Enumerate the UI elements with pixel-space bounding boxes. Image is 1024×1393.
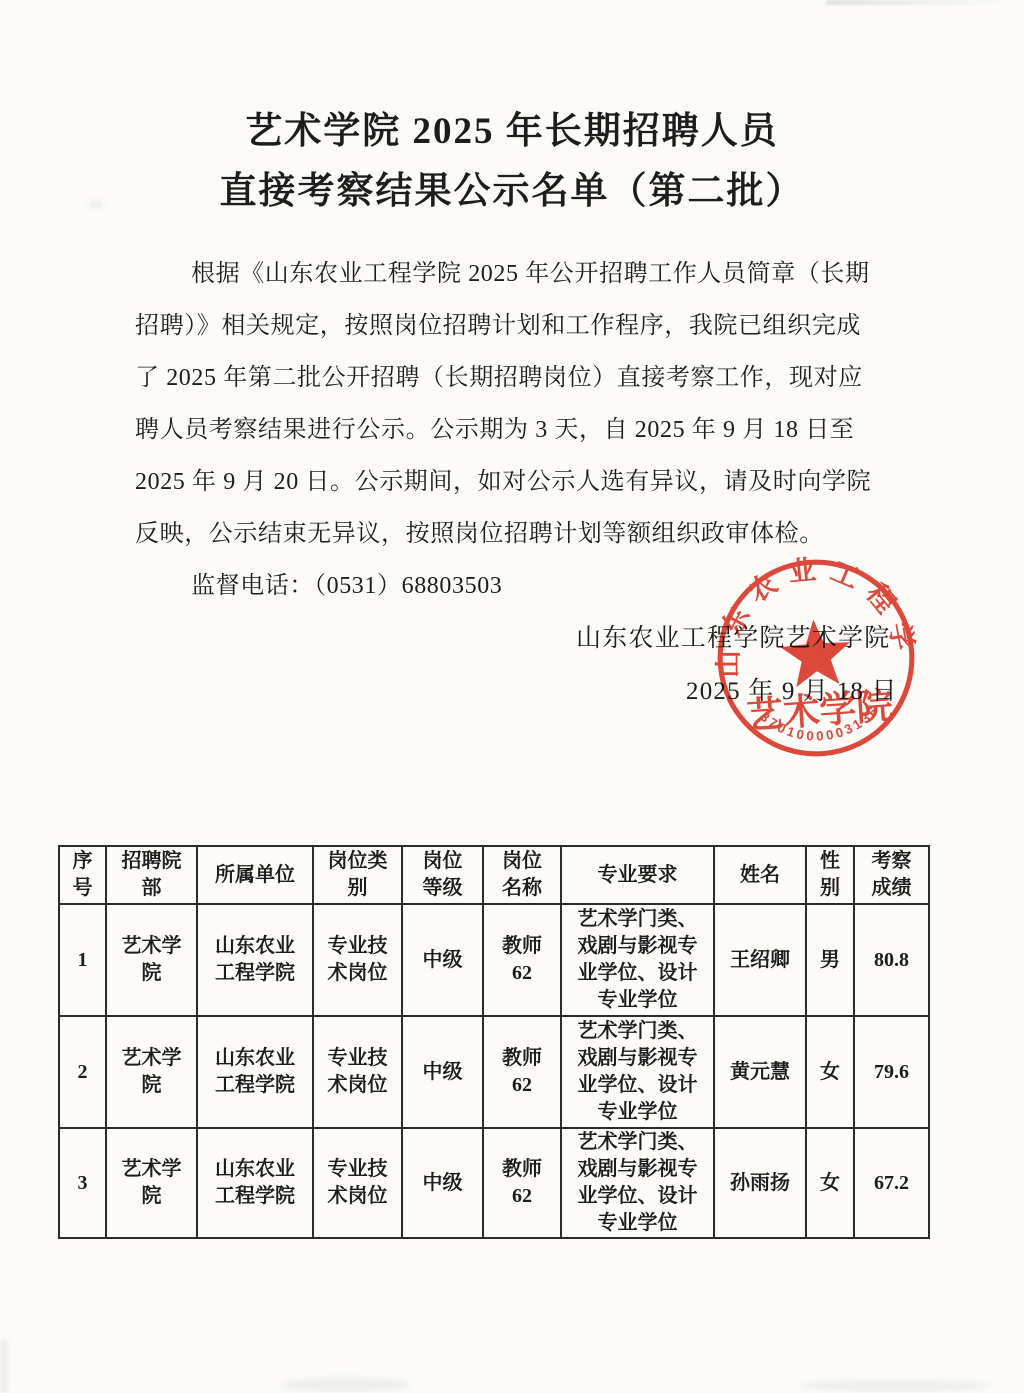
body-line: 2025 年 9 月 20 日。公示期间，如对公示人选有异议，请及时向学院 [135,456,883,508]
body-line: 反映，公示结束无异议，按照岗位招聘计划等额组织政审体检。 [135,508,883,560]
cell-score: 80.8 [854,904,929,1016]
cell-gender: 女 [806,1128,854,1238]
seal-star-icon [779,617,853,688]
col-header-seq: 序号 [59,846,106,904]
cell-dept: 艺术学院 [106,904,197,1016]
cell-post: 教师62 [483,1128,561,1238]
cell-post: 教师62 [483,1016,561,1128]
cell-requirement: 艺术学门类、戏剧与影视专业学位、设计专业学位 [561,1016,714,1128]
table-row: 2 艺术学院 山东农业工程学院 专业技术岗位 中级 教师62 艺术学门类、戏剧与… [59,1016,929,1128]
body-line: 聘人员考察结果进行公示。公示期为 3 天，自 2025 年 9 月 18 日至 [135,404,883,456]
body-line: 根据《山东农业工程学院 2025 年公开招聘工作人员简章（长期 [135,248,883,300]
cell-unit: 山东农业工程学院 [197,904,313,1016]
cell-score: 79.6 [854,1016,929,1128]
cell-dept: 艺术学院 [106,1016,197,1128]
cell-category: 专业技术岗位 [313,1016,402,1128]
title-line-1: 艺术学院 2025 年长期招聘人员 [0,102,1024,162]
document-page: 艺术学院 2025 年长期招聘人员 直接考察结果公示名单（第二批） 根据《山东农… [0,0,1024,1393]
col-header-category: 岗位类别 [313,846,402,904]
cell-category: 专业技术岗位 [313,1128,402,1238]
scan-artifact [800,1380,990,1392]
scan-artifact [280,1378,410,1392]
col-header-level: 岗位等级 [402,846,483,904]
cell-level: 中级 [402,904,483,1016]
cell-requirement: 艺术学门类、戏剧与影视专业学位、设计专业学位 [561,904,714,1016]
col-header-dept: 招聘院部 [106,846,197,904]
cell-name: 孙雨扬 [714,1128,806,1238]
cell-unit: 山东农业工程学院 [197,1016,313,1128]
cell-seq: 3 [59,1128,106,1238]
cell-unit: 山东农业工程学院 [197,1128,313,1238]
col-header-requirement: 专业要求 [561,846,714,904]
table-row: 3 艺术学院 山东农业工程学院 专业技术岗位 中级 教师62 艺术学门类、戏剧与… [59,1128,929,1238]
cell-seq: 2 [59,1016,106,1128]
cell-gender: 女 [806,1016,854,1128]
cell-post: 教师62 [483,904,561,1016]
body-line: 了 2025 年第二批公开招聘（长期招聘岗位）直接考察工作，现对应 [135,352,883,404]
document-title: 艺术学院 2025 年长期招聘人员 直接考察结果公示名单（第二批） [0,102,1024,222]
cell-dept: 艺术学院 [106,1128,197,1238]
col-header-gender: 性别 [806,846,854,904]
results-table: 序号 招聘院部 所属单位 岗位类别 岗位等级 岗位名称 专业要求 姓名 性别 考… [58,845,930,1239]
col-header-score: 考察成绩 [854,846,929,904]
official-seal: 山东农业工程学院 艺术学院 3701000003136 [705,547,927,769]
cell-name: 王绍卿 [714,904,806,1016]
scan-artifact [0,1340,8,1393]
body-line: 招聘）》相关规定，按照岗位招聘计划和工作程序，我院已组织完成 [135,300,883,352]
table-row: 1 艺术学院 山东农业工程学院 专业技术岗位 中级 教师62 艺术学门类、戏剧与… [59,904,929,1016]
cell-seq: 1 [59,904,106,1016]
cell-score: 67.2 [854,1128,929,1238]
cell-name: 黄元慧 [714,1016,806,1128]
table-header-row: 序号 招聘院部 所属单位 岗位类别 岗位等级 岗位名称 专业要求 姓名 性别 考… [59,846,929,904]
cell-category: 专业技术岗位 [313,904,402,1016]
scan-artifact [826,0,1016,5]
cell-requirement: 艺术学门类、戏剧与影视专业学位、设计专业学位 [561,1128,714,1238]
cell-level: 中级 [402,1128,483,1238]
col-header-unit: 所属单位 [197,846,313,904]
cell-gender: 男 [806,904,854,1016]
col-header-name: 姓名 [714,846,806,904]
col-header-post: 岗位名称 [483,846,561,904]
title-line-2: 直接考察结果公示名单（第二批） [0,162,1024,222]
cell-level: 中级 [402,1016,483,1128]
